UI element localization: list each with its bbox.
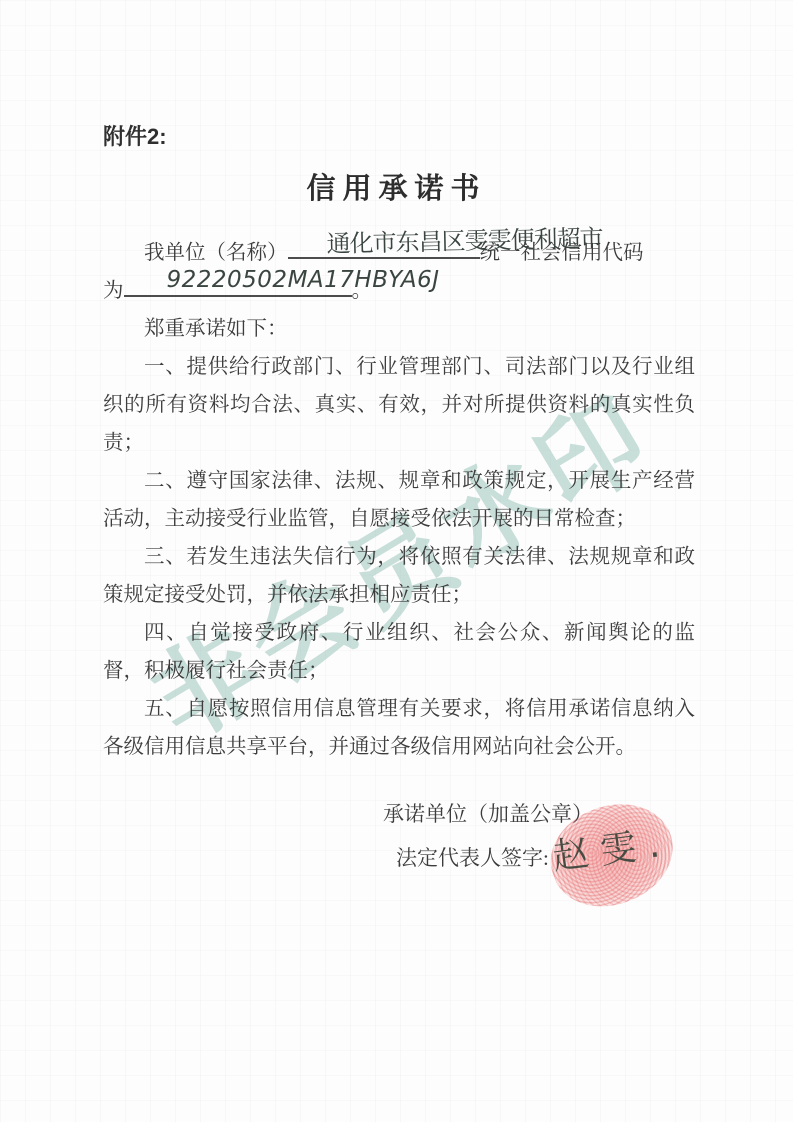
pledge-intro-line: 郑重承诺如下： — [103, 310, 695, 348]
clause-1: 一、提供给行政部门、行业管理部门、司法部门以及行业组织的所有资料均合法、真实、有… — [103, 348, 695, 462]
clause-2: 二、遵守国家法律、法规、规章和政策规定，开展生产经营活动，主动接受行业监管，自愿… — [103, 462, 695, 538]
intro-before-code: 为 — [103, 280, 124, 302]
intro-paragraph: 我单位（名称）通化市东昌区雯雯便利超市统一社会信用代码为92220502MA17… — [103, 234, 695, 310]
credit-code-handwriting: 92220502MA17HBYA6J — [126, 261, 440, 299]
clause-3: 三、若发生违法失信行为，将依照有关法律、法规规章和政策规定接受处罚，并依法承担相… — [103, 538, 695, 614]
document-title: 信用承诺书 — [0, 166, 793, 207]
clause-4: 四、自觉接受政府、行业组织、社会公众、新闻舆论的监督，积极履行社会责任； — [103, 614, 695, 690]
clause-5: 五、自愿按照信用信息管理有关要求，将信用承诺信息纳入各级信用信息共享平台，并通过… — [103, 690, 695, 766]
attachment-label: 附件2: — [103, 120, 167, 151]
credit-code-blank: 92220502MA17HBYA6J — [124, 277, 352, 298]
company-name-blank: 通化市东昌区雯雯便利超市 — [288, 239, 480, 260]
document-body: 我单位（名称）通化市东昌区雯雯便利超市统一社会信用代码为92220502MA17… — [103, 234, 695, 766]
company-name-handwriting: 通化市东昌区雯雯便利超市 — [285, 219, 603, 264]
